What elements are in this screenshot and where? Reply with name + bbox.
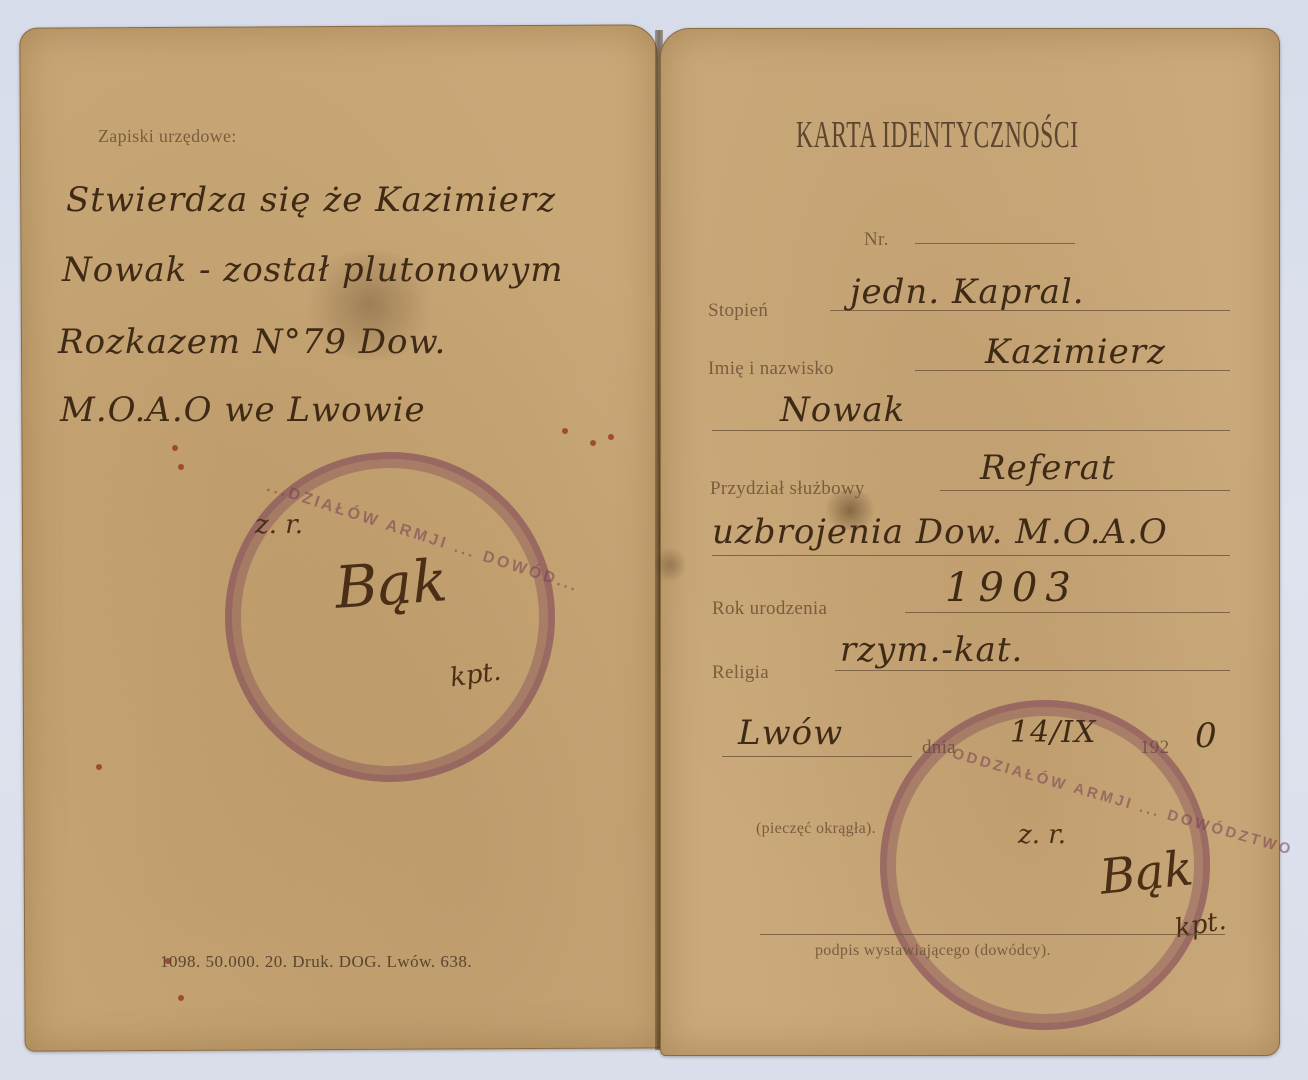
red-speck <box>172 445 178 451</box>
signature-line <box>760 934 1225 935</box>
red-speck <box>178 464 184 470</box>
handwritten-note-line-2: Nowak - został plutonowym <box>62 250 563 290</box>
rank-label: Stopień <box>708 300 768 322</box>
assignment-value-line-2: uzbrojenia Dow. M.O.A.O <box>712 512 1168 552</box>
name-label: Imię i nazwisko <box>708 358 834 380</box>
first-name-value: Kazimierz <box>985 332 1166 372</box>
year-suffix: 0 <box>1195 716 1218 756</box>
red-speck <box>608 434 614 440</box>
number-line <box>915 243 1075 244</box>
handwritten-note-line-1: Stwierdza się że Kazimierz <box>66 180 556 220</box>
red-speck <box>178 995 184 1001</box>
card-title: KARTA IDENTYCZNOŚCI <box>796 113 1079 157</box>
signature-right: Bąk <box>1097 840 1195 905</box>
seal-label: (pieczęć okrągła). <box>756 820 876 838</box>
place-value: Lwów <box>738 713 843 753</box>
assignment-label: Przydział służbowy <box>710 478 865 500</box>
religion-value: rzym.-kat. <box>840 630 1023 670</box>
place-line <box>722 756 912 757</box>
surname-value: Nowak <box>780 390 905 430</box>
birth-year-line <box>905 612 1230 613</box>
signature-caption: podpis wystawiającego (dowódcy). <box>815 942 1051 960</box>
religion-line <box>835 670 1230 671</box>
signature-left: Bąk <box>333 546 450 622</box>
assignment-line-2 <box>712 555 1230 556</box>
handwritten-note-line-4: M.O.A.O we Lwowie <box>60 390 426 430</box>
assignment-line-1 <box>940 490 1230 491</box>
rank-value: jedn. Kapral. <box>850 272 1085 312</box>
signature-prefix-right: z. r. <box>1018 820 1066 850</box>
red-speck <box>590 440 596 446</box>
ink-stain <box>655 545 685 585</box>
red-speck <box>562 428 568 434</box>
number-label: Nr. <box>864 229 889 251</box>
red-speck <box>96 764 102 770</box>
birth-year-value: 1903 <box>945 565 1079 611</box>
assignment-value: Referat <box>980 448 1116 488</box>
religion-label: Religia <box>712 662 769 684</box>
birth-year-label: Rok urodzenia <box>712 598 827 620</box>
name-line-2 <box>712 430 1230 431</box>
print-footer: 1098. 50.000. 20. Druk. DOG. Lwów. 638. <box>160 952 472 972</box>
signature-prefix-left: z. r. <box>255 510 303 540</box>
handwritten-note-line-3: Rozkazem N°79 Dow. <box>58 322 446 362</box>
official-notes-label: Zapiski urzędowe: <box>98 126 237 147</box>
